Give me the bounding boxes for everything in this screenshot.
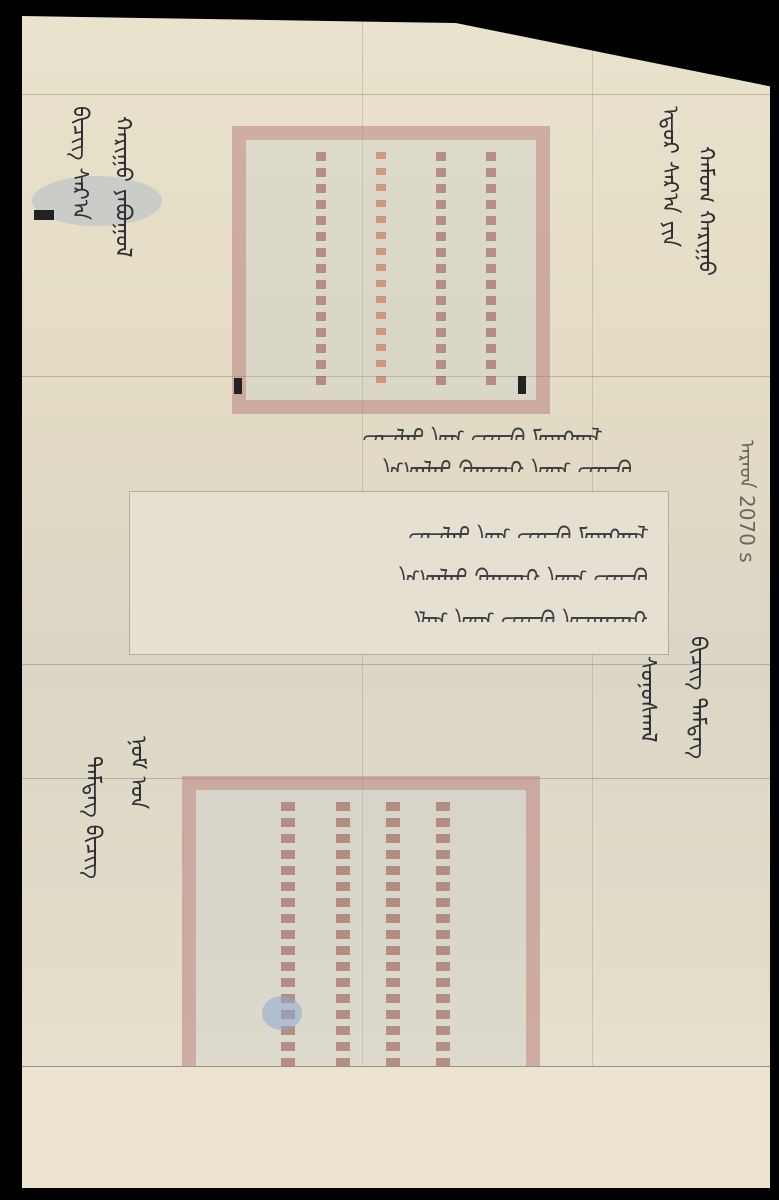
- pencil-note: ᠠᠷᠠᠳ 2070 ѕ: [730, 440, 765, 565]
- mirrored-script-line: ᠮᠣᠩᠭᠣᠯ ᠪᠢᠴᠢᠭ᠌ ᠤᠨ ᠲᠡᠮᠳᠡᠭ: [152, 414, 602, 440]
- label-line-1: ᠮᠣᠩᠭᠣᠯ ᠪᠢᠴᠢᠭ᠌ ᠤᠨ ᠲᠡᠮᠳᠡᠭ: [170, 512, 648, 538]
- script-column-right-3: ᠪᠢᠴᠢᠭ ᠲᠡᠮᠳᠡᠭ: [682, 636, 712, 1016]
- label-line-2: ᠪᠢᠴᠢᠭ ᠦᠨ ᠬᠠᠷᠢᠭᠤ ᠲᠠᠮᠠᠭ᠎ᠠ: [170, 554, 648, 580]
- script-column-right-2: ᠬᠠᠮᠤᠭ ᠬᠠᠷᠢᠭᠤ: [690, 146, 720, 606]
- blue-spot: [262, 996, 302, 1030]
- red-seal-bottom: [182, 776, 540, 1094]
- script-column-right-1: ᠡᠳᠦᠷ ᠰᠠᠷ᠎ᠠ ᠶᠢᠨ: [654, 106, 684, 526]
- fold-line: [22, 94, 770, 95]
- bottom-paper-strip: [22, 1066, 770, 1189]
- ink-blot: [234, 378, 242, 394]
- script-column-left-3: ᠲᠡᠮᠳᠡᠭ ᠪᠢᠴᠢᠭ: [77, 756, 107, 936]
- script-column-left-2: ᠬᠠᠷᠢᠭᠤ ᠶᠠᠪᠤᠭᠤᠯ: [107, 116, 137, 426]
- ink-blot: [518, 376, 526, 394]
- script-column-right-4: ᠰᠣᠨᠣᠰᠬᠠᠯ: [632, 656, 662, 896]
- mirrored-script-line: ᠪᠢᠴᠢᠭ ᠦᠨ ᠬᠠᠷᠢᠭᠤ ᠲᠠᠮᠠᠭ᠎ᠠ: [152, 446, 632, 472]
- ink-blot: [34, 210, 54, 220]
- pasted-label-slip: ᠮᠣᠩᠭᠣᠯ ᠪᠢᠴᠢᠭ᠌ ᠤᠨ ᠲᠡᠮᠳᠡᠭ ᠪᠢᠴᠢᠭ ᠦᠨ ᠬᠠᠷᠢᠭᠤ …: [130, 492, 668, 654]
- script-column-left-4: ᠨᠣᠮ ᠤᠨ: [122, 736, 152, 916]
- label-line-3: ᠬᠠᠷᠢᠭᠤᠴᠠ ᠪᠢᠴᠢᠭ ᠦᠨ ᠨᠣᠮ: [170, 596, 648, 622]
- red-seal-top: [232, 126, 550, 414]
- script-column-left-1: ᠪᠢᠴᠢᠭ ᠰᠠᠷ᠎ᠠ: [64, 106, 94, 626]
